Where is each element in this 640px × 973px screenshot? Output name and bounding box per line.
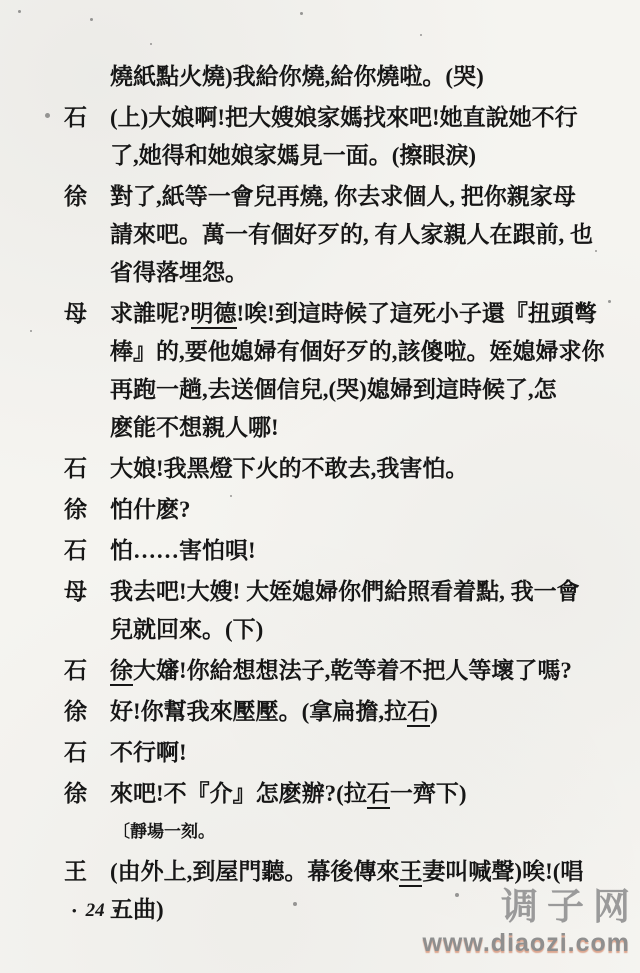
- speaker-label: 徐: [64, 178, 110, 292]
- dialogue-lines: 〔靜場一刻。: [110, 816, 624, 848]
- text-segment: 不行啊!: [110, 740, 187, 765]
- scan-speck: [300, 12, 303, 15]
- dialogue-lines: (上)大娘啊!把大嫂娘家媽找來吧!她直說她不行了,她得和她娘家媽見一面。(擦眼淚…: [110, 99, 624, 175]
- text-segment: 大娘!我黑燈下火的不敢去,我害怕。: [110, 456, 468, 481]
- text-segment: 大嬸!你給想想法子,乾等着不把人等壞了嗎?: [133, 658, 572, 683]
- text-line: 不行啊!: [110, 734, 624, 772]
- text-segment: 麽能不想親人哪!: [110, 415, 279, 440]
- speaker-label: 母: [64, 295, 110, 447]
- speaker-label: 母: [64, 573, 110, 649]
- page-number: • 24 •: [72, 900, 118, 922]
- scan-speck: [18, 10, 21, 13]
- text-segment: 求誰呢?: [110, 301, 191, 326]
- text-line: 徐大嬸!你給想想法子,乾等着不把人等壞了嗎?: [110, 652, 624, 690]
- text-segment: 燒紙點火燒)我給你燒,給你燒啦。(哭): [110, 64, 484, 89]
- text-segment: 好!你幫我來壓壓。(拿扁擔,拉: [110, 699, 407, 724]
- text-segment: !唉!到這時候了這死小子還『扭頭彆: [237, 301, 597, 326]
- speaker-label: 徐: [64, 491, 110, 529]
- proper-name-underline: 明德: [191, 301, 237, 329]
- text-line: (上)大娘啊!把大嫂娘家媽找來吧!她直說她不行: [110, 99, 624, 137]
- text-segment: ): [430, 699, 438, 724]
- text-line: 好!你幫我來壓壓。(拿扁擔,拉石): [110, 693, 624, 731]
- text-segment: 對了,紙等一會兒再燒, 你去求個人, 把你親家母: [110, 184, 576, 209]
- dialogue-lines: 大娘!我黑燈下火的不敢去,我害怕。: [110, 450, 624, 488]
- dialogue-lines: 我去吧!大嫂! 大姪媳婦你們給照看着點, 我一會兒就回來。(下): [110, 573, 624, 649]
- scan-speck: [595, 250, 597, 252]
- text-segment: 了,她得和她娘家媽見一面。(擦眼淚): [110, 143, 476, 168]
- text-segment: 兒就回來。(下): [110, 617, 263, 642]
- dialogue-entry: 石不行啊!: [64, 734, 624, 772]
- dialogue-entry: 母求誰呢?明德!唉!到這時候了這死小子還『扭頭彆棒』的,要他媳婦有個好歹的,該傻…: [64, 295, 624, 447]
- text-segment: 怕……害怕唄!: [110, 538, 256, 563]
- dialogue-entry: 石怕……害怕唄!: [64, 532, 624, 570]
- text-line: 請來吧。萬一有個好歹的, 有人家親人在跟前, 也: [110, 216, 624, 254]
- scan-speck: [150, 43, 152, 45]
- scan-speck: [45, 113, 50, 118]
- dialogue-lines: 來吧!不『介』怎麽辦?(拉石一齊下): [110, 775, 624, 813]
- text-segment: 妻叫喊聲)唉!(唱: [422, 859, 583, 884]
- text-line: 兒就回來。(下): [110, 611, 624, 649]
- dialogue-entry: 徐怕什麽?: [64, 491, 624, 529]
- stage-direction-entry: 〔靜場一刻。: [64, 816, 624, 848]
- dialogue-entry: 徐對了,紙等一會兒再燒, 你去求個人, 把你親家母請來吧。萬一有個好歹的, 有人…: [64, 178, 624, 292]
- proper-name-underline: 徐: [110, 658, 133, 686]
- speaker-label: 石: [64, 734, 110, 772]
- proper-name-underline: 王: [399, 859, 422, 887]
- text-line: 求誰呢?明德!唉!到這時候了這死小子還『扭頭彆: [110, 295, 624, 333]
- dialogue-lines: 怕什麽?: [110, 491, 624, 529]
- text-line: 了,她得和她娘家媽見一面。(擦眼淚): [110, 137, 624, 175]
- scan-speck: [455, 893, 459, 897]
- text-segment: 棒』的,要他媳婦有個好歹的,該傻啦。姪媳婦求你: [110, 339, 605, 364]
- proper-name-underline: 石: [407, 699, 430, 727]
- scan-speck: [230, 495, 232, 497]
- text-segment: 怕什麽?: [110, 497, 191, 522]
- text-line: 燒紙點火燒)我給你燒,給你燒啦。(哭): [110, 58, 624, 96]
- text-line: 我去吧!大嫂! 大姪媳婦你們給照看着點, 我一會: [110, 573, 624, 611]
- dialogue-lines: 對了,紙等一會兒再燒, 你去求個人, 把你親家母請來吧。萬一有個好歹的, 有人家…: [110, 178, 624, 292]
- scan-speck: [293, 902, 297, 906]
- proper-name-underline: 石: [367, 781, 390, 809]
- text-line: 對了,紙等一會兒再燒, 你去求個人, 把你親家母: [110, 178, 624, 216]
- dialogue-entry: 石大娘!我黑燈下火的不敢去,我害怕。: [64, 450, 624, 488]
- dialogue-lines: 求誰呢?明德!唉!到這時候了這死小子還『扭頭彆棒』的,要他媳婦有個好歹的,該傻啦…: [110, 295, 624, 447]
- dialogue-entry: 石(上)大娘啊!把大嫂娘家媽找來吧!她直說她不行了,她得和她娘家媽見一面。(擦眼…: [64, 99, 624, 175]
- text-segment: (由外上,到屋門聽。幕後傳來: [110, 859, 399, 884]
- watermark-site-url: www.diaozi.com: [422, 930, 630, 956]
- speaker-label: 石: [64, 99, 110, 175]
- speaker-label: [64, 816, 110, 848]
- text-line: 棒』的,要他媳婦有個好歹的,該傻啦。姪媳婦求你: [110, 333, 624, 371]
- speaker-label: 石: [64, 532, 110, 570]
- scan-speck: [420, 34, 422, 36]
- dialogue-lines: 好!你幫我來壓壓。(拿扁擔,拉石): [110, 693, 624, 731]
- text-line: 怕什麽?: [110, 491, 624, 529]
- text-line: 省得落埋怨。: [110, 254, 624, 292]
- speaker-label: 徐: [64, 693, 110, 731]
- speaker-label: 徐: [64, 775, 110, 813]
- text-segment: 請來吧。萬一有個好歹的, 有人家親人在跟前, 也: [110, 222, 593, 247]
- dialogue-lines: 徐大嬸!你給想想法子,乾等着不把人等壞了嗎?: [110, 652, 624, 690]
- text-segment: 省得落埋怨。: [110, 260, 248, 285]
- dialogue-entry: 石徐大嬸!你給想想法子,乾等着不把人等壞了嗎?: [64, 652, 624, 690]
- dialogue-lines: 怕……害怕唄!: [110, 532, 624, 570]
- page-number-value: 24: [86, 900, 105, 922]
- text-line: 〔靜場一刻。: [110, 816, 624, 848]
- dialogue-entry: 母我去吧!大嫂! 大姪媳婦你們給照看着點, 我一會兒就回來。(下): [64, 573, 624, 649]
- scan-speck: [90, 18, 93, 21]
- dialogue-lines: 燒紙點火燒)我給你燒,給你燒啦。(哭): [110, 58, 624, 96]
- text-segment: 再跑一趟,去送個信兒,(哭)媳婦到這時候了,怎: [110, 377, 557, 402]
- scan-speck: [30, 330, 32, 332]
- speaker-label: [64, 58, 110, 96]
- text-line: 麽能不想親人哪!: [110, 409, 624, 447]
- dialogue-entry: 燒紙點火燒)我給你燒,給你燒啦。(哭): [64, 58, 624, 96]
- page-number-right-dot: •: [114, 903, 119, 919]
- text-segment: 一齊下): [390, 781, 467, 806]
- scan-speck: [608, 300, 611, 303]
- text-line: 大娘!我黑燈下火的不敢去,我害怕。: [110, 450, 624, 488]
- text-segment: 來吧!不『介』怎麽辦?(拉: [110, 781, 367, 806]
- text-segment: 我去吧!大嫂! 大姪媳婦你們給照看着點, 我一會: [110, 579, 580, 604]
- text-line: 怕……害怕唄!: [110, 532, 624, 570]
- script-body: 燒紙點火燒)我給你燒,給你燒啦。(哭)石(上)大娘啊!把大嫂娘家媽找來吧!她直說…: [64, 58, 624, 932]
- scan-speck: [560, 122, 563, 125]
- speaker-label: 石: [64, 450, 110, 488]
- text-segment: (上)大娘啊!把大嫂娘家媽找來吧!她直說她不行: [110, 105, 578, 130]
- text-line: 再跑一趟,去送個信兒,(哭)媳婦到這時候了,怎: [110, 371, 624, 409]
- text-line: 來吧!不『介』怎麽辦?(拉石一齊下): [110, 775, 624, 813]
- scanned-page: 燒紙點火燒)我給你燒,給你燒啦。(哭)石(上)大娘啊!把大嫂娘家媽找來吧!她直說…: [0, 0, 640, 973]
- dialogue-entry: 徐來吧!不『介』怎麽辦?(拉石一齊下): [64, 775, 624, 813]
- watermark: 调子网 www.diaozi.com: [422, 888, 630, 956]
- dialogue-entry: 徐好!你幫我來壓壓。(拿扁擔,拉石): [64, 693, 624, 731]
- speaker-label: 石: [64, 652, 110, 690]
- dialogue-lines: 不行啊!: [110, 734, 624, 772]
- text-segment: 〔靜場一刻。: [113, 822, 215, 841]
- page-number-left-dot: •: [72, 903, 77, 919]
